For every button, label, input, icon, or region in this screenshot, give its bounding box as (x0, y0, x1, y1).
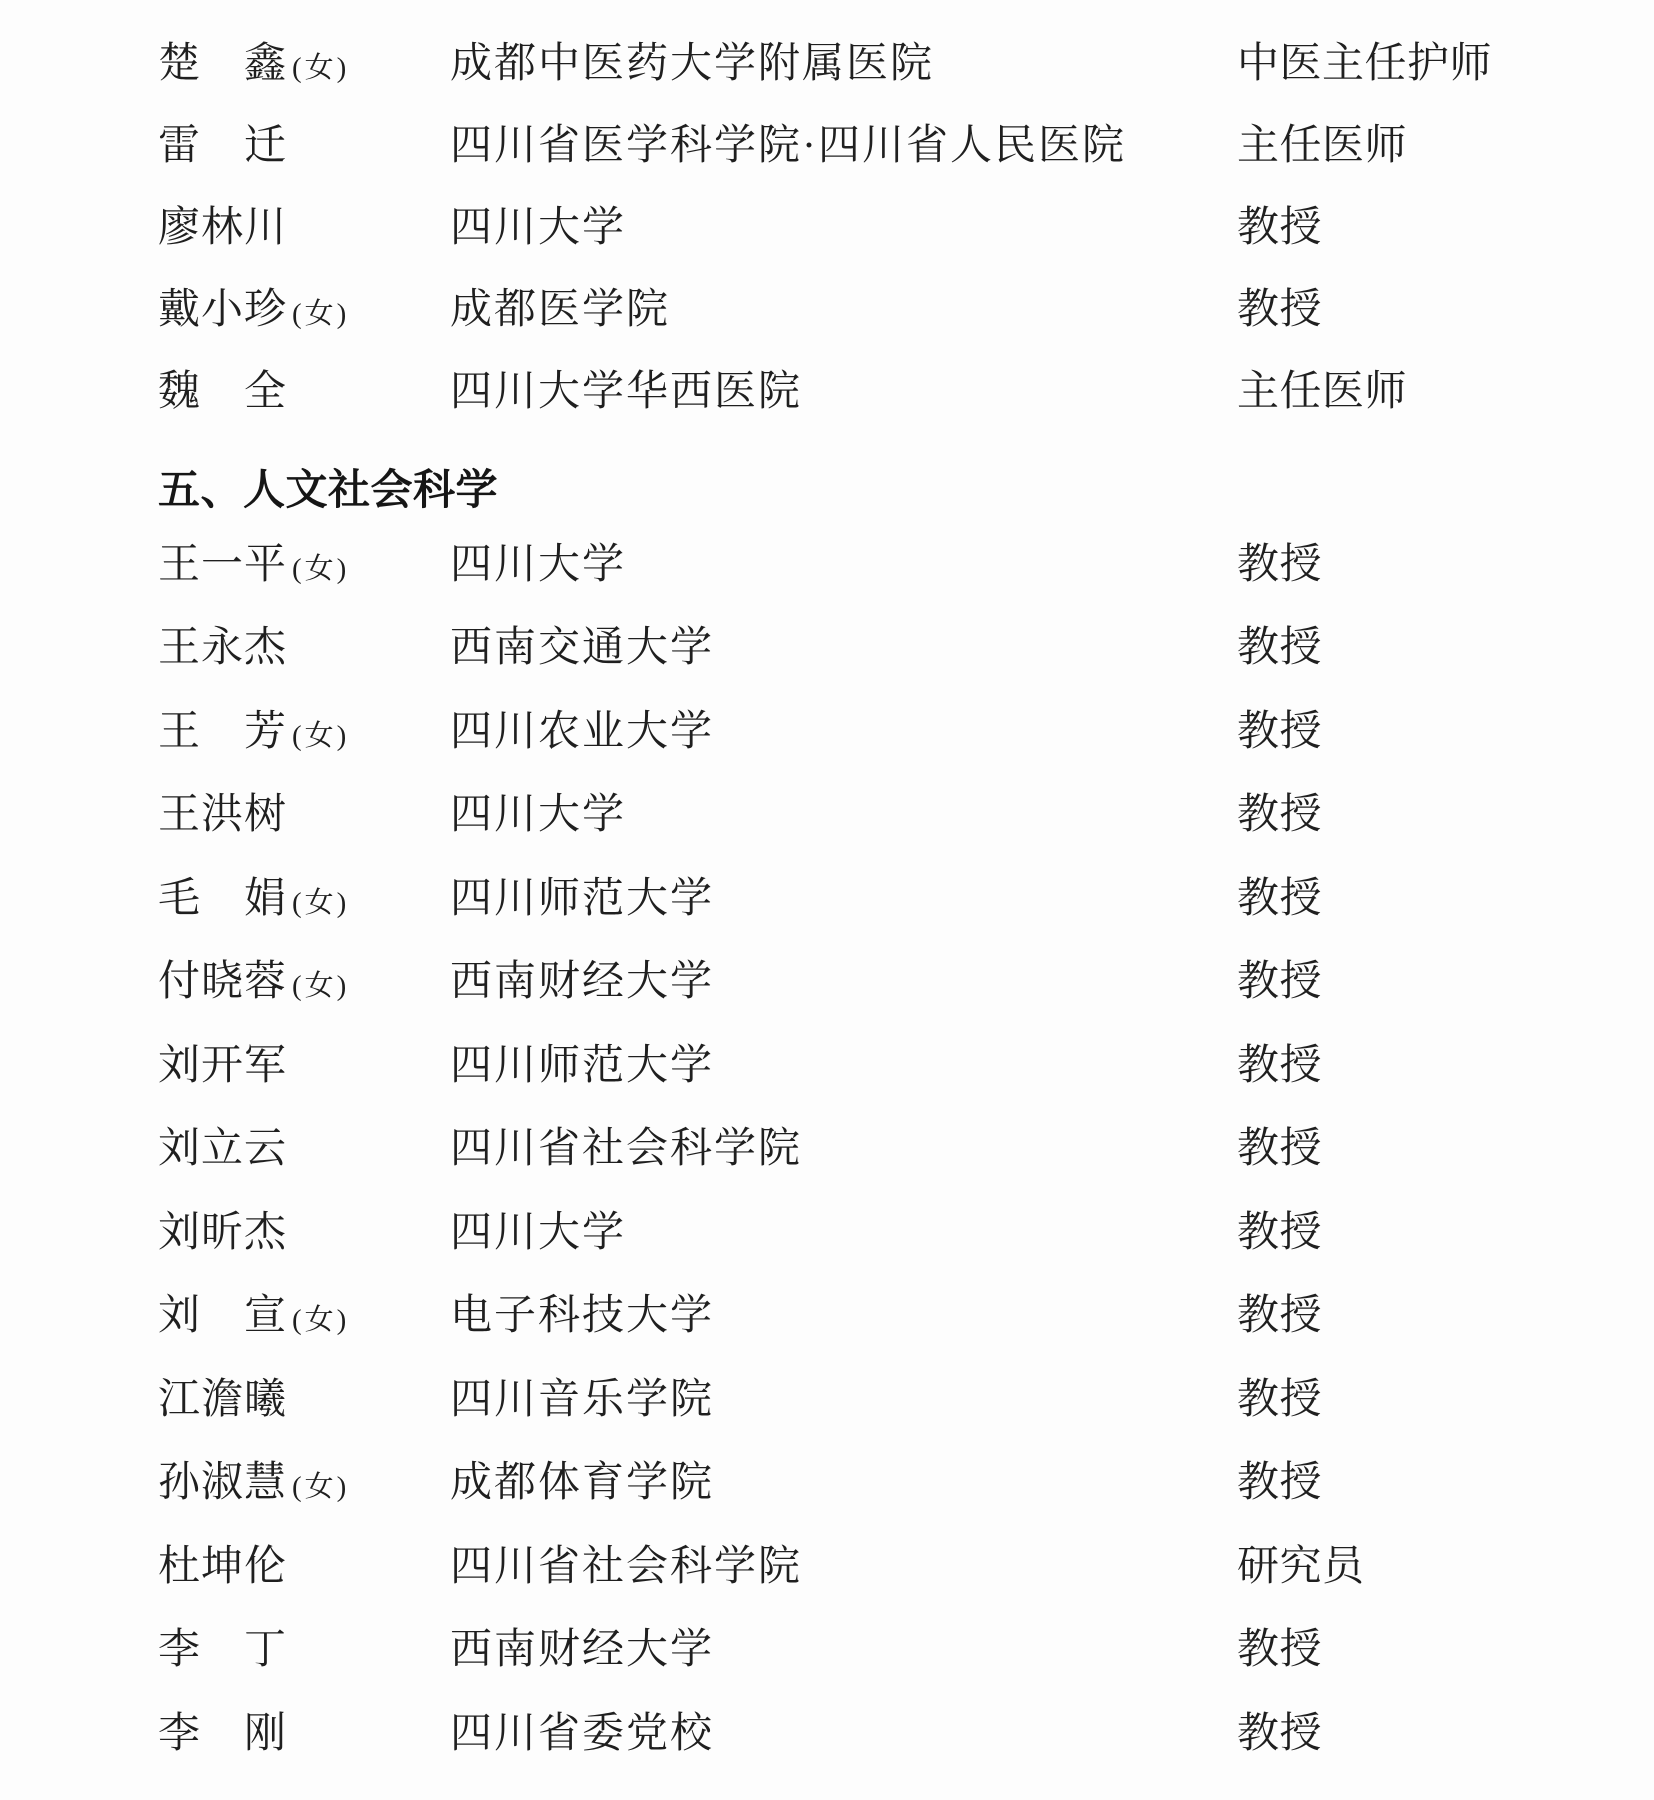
job-title-cell: 教授 (1237, 1295, 1654, 1337)
name-cell: 戴小珍(女) (158, 289, 450, 331)
table-row: 李 丁西南财经大学教授 (0, 1609, 1654, 1693)
person-name: 王洪树 (158, 794, 287, 836)
person-name: 刘开军 (158, 1045, 287, 1087)
name-cell: 李 丁 (158, 1629, 450, 1671)
person-name: 王 芳 (158, 711, 287, 753)
institution-cell: 四川省医学科学院·四川省人民医院 (450, 125, 1237, 167)
job-title-cell: 教授 (1237, 794, 1654, 836)
institution-cell: 成都医学院 (450, 289, 1237, 331)
name-cell: 江澹曦 (158, 1379, 450, 1421)
person-name: 廖林川 (158, 207, 287, 249)
table-row: 刘 宣(女)电子科技大学教授 (0, 1275, 1654, 1359)
person-name: 王永杰 (158, 627, 287, 669)
person-name: 雷 迁 (158, 125, 287, 167)
job-title-cell: 中医主任护师 (1237, 43, 1654, 85)
female-marker: (女) (292, 1306, 349, 1335)
name-cell: 毛 娟(女) (158, 878, 450, 920)
table-row: 付晓蓉(女)西南财经大学教授 (0, 941, 1654, 1025)
table-row: 李 刚四川省委党校教授 (0, 1692, 1654, 1776)
document-page: 楚 鑫(女)成都中医药大学附属医院中医主任护师雷 迁四川省医学科学院·四川省人民… (0, 0, 1654, 1800)
female-marker: (女) (292, 300, 349, 329)
table-row: 刘立云四川省社会科学院教授 (0, 1108, 1654, 1192)
name-cell: 廖林川 (158, 207, 450, 249)
institution-cell: 四川师范大学 (450, 1045, 1237, 1087)
table-row: 毛 娟(女)四川师范大学教授 (0, 857, 1654, 941)
name-cell: 魏 全 (158, 371, 450, 413)
job-title-cell: 教授 (1237, 1379, 1654, 1421)
female-marker: (女) (292, 54, 349, 83)
name-cell: 王洪树 (158, 794, 450, 836)
person-name: 魏 全 (158, 371, 287, 413)
institution-cell: 四川大学华西医院 (450, 371, 1237, 413)
person-name: 付晓蓉 (158, 961, 287, 1003)
institution-cell: 四川省委党校 (450, 1713, 1237, 1755)
institution-cell: 西南交通大学 (450, 627, 1237, 669)
person-name: 李 丁 (158, 1629, 287, 1671)
person-name: 刘立云 (158, 1128, 287, 1170)
name-cell: 王永杰 (158, 627, 450, 669)
person-name: 戴小珍 (158, 289, 287, 331)
job-title-cell: 教授 (1237, 627, 1654, 669)
table-row: 孙淑慧(女)成都体育学院教授 (0, 1442, 1654, 1526)
female-marker: (女) (292, 722, 349, 751)
table-row: 魏 全四川大学华西医院主任医师 (0, 351, 1654, 433)
job-title-cell: 教授 (1237, 544, 1654, 586)
female-marker: (女) (292, 972, 349, 1001)
institution-cell: 成都中医药大学附属医院 (450, 43, 1237, 85)
name-cell: 刘立云 (158, 1128, 450, 1170)
person-name: 王一平 (158, 544, 287, 586)
institution-cell: 四川大学 (450, 1212, 1237, 1254)
job-title-cell: 教授 (1237, 1629, 1654, 1671)
name-cell: 雷 迁 (158, 125, 450, 167)
table-row: 雷 迁四川省医学科学院·四川省人民医院主任医师 (0, 105, 1654, 187)
name-cell: 王一平(女) (158, 544, 450, 586)
institution-cell: 西南财经大学 (450, 961, 1237, 1003)
institution-cell: 四川师范大学 (450, 878, 1237, 920)
name-cell: 刘开军 (158, 1045, 450, 1087)
job-title-cell: 教授 (1237, 289, 1654, 331)
table-row: 廖林川四川大学教授 (0, 187, 1654, 269)
table-row: 楚 鑫(女)成都中医药大学附属医院中医主任护师 (0, 23, 1654, 105)
job-title-cell: 教授 (1237, 1212, 1654, 1254)
job-title-cell: 研究员 (1237, 1546, 1654, 1588)
name-cell: 付晓蓉(女) (158, 961, 450, 1003)
job-title-cell: 教授 (1237, 878, 1654, 920)
name-cell: 楚 鑫(女) (158, 43, 450, 85)
section-header-humanities-social-sciences: 五、人文社会科学 (0, 433, 1654, 523)
table-row: 刘昕杰四川大学教授 (0, 1191, 1654, 1275)
job-title-cell: 教授 (1237, 1045, 1654, 1087)
person-name: 毛 娟 (158, 878, 287, 920)
person-name: 李 刚 (158, 1713, 287, 1755)
name-cell: 刘 宣(女) (158, 1295, 450, 1337)
name-cell: 刘昕杰 (158, 1212, 450, 1254)
job-title-cell: 教授 (1237, 1128, 1654, 1170)
female-marker: (女) (292, 1473, 349, 1502)
table-row: 王洪树四川大学教授 (0, 774, 1654, 858)
institution-cell: 四川大学 (450, 544, 1237, 586)
institution-cell: 四川农业大学 (450, 711, 1237, 753)
table-row: 王一平(女)四川大学教授 (0, 523, 1654, 607)
job-title-cell: 教授 (1237, 1462, 1654, 1504)
appointment-list: 楚 鑫(女)成都中医药大学附属医院中医主任护师雷 迁四川省医学科学院·四川省人民… (0, 0, 1654, 1776)
female-marker: (女) (292, 555, 349, 584)
section-header-label: 五、人文社会科学 (158, 457, 498, 517)
institution-cell: 四川省社会科学院 (450, 1546, 1237, 1588)
name-cell: 孙淑慧(女) (158, 1462, 450, 1504)
table-row: 江澹曦四川音乐学院教授 (0, 1358, 1654, 1442)
rows-section-humanities: 王一平(女)四川大学教授王永杰西南交通大学教授王 芳(女)四川农业大学教授王洪树… (0, 523, 1654, 1776)
institution-cell: 四川省社会科学院 (450, 1128, 1237, 1170)
institution-cell: 成都体育学院 (450, 1462, 1237, 1504)
female-marker: (女) (292, 889, 349, 918)
job-title-cell: 主任医师 (1237, 125, 1654, 167)
rows-section-previous: 楚 鑫(女)成都中医药大学附属医院中医主任护师雷 迁四川省医学科学院·四川省人民… (0, 23, 1654, 433)
job-title-cell: 教授 (1237, 207, 1654, 249)
job-title-cell: 教授 (1237, 711, 1654, 753)
institution-cell: 四川音乐学院 (450, 1379, 1237, 1421)
person-name: 刘昕杰 (158, 1212, 287, 1254)
person-name: 杜坤伦 (158, 1546, 287, 1588)
institution-cell: 电子科技大学 (450, 1295, 1237, 1337)
person-name: 江澹曦 (158, 1379, 287, 1421)
table-row: 刘开军四川师范大学教授 (0, 1024, 1654, 1108)
person-name: 刘 宣 (158, 1295, 287, 1337)
name-cell: 王 芳(女) (158, 711, 450, 753)
person-name: 孙淑慧 (158, 1462, 287, 1504)
name-cell: 李 刚 (158, 1713, 450, 1755)
table-row: 杜坤伦四川省社会科学院研究员 (0, 1525, 1654, 1609)
table-row: 王永杰西南交通大学教授 (0, 607, 1654, 691)
institution-cell: 西南财经大学 (450, 1629, 1237, 1671)
table-row: 王 芳(女)四川农业大学教授 (0, 690, 1654, 774)
institution-cell: 四川大学 (450, 794, 1237, 836)
institution-cell: 四川大学 (450, 207, 1237, 249)
person-name: 楚 鑫 (158, 43, 287, 85)
job-title-cell: 教授 (1237, 1713, 1654, 1755)
name-cell: 杜坤伦 (158, 1546, 450, 1588)
table-row: 戴小珍(女)成都医学院教授 (0, 269, 1654, 351)
job-title-cell: 教授 (1237, 961, 1654, 1003)
job-title-cell: 主任医师 (1237, 371, 1654, 413)
